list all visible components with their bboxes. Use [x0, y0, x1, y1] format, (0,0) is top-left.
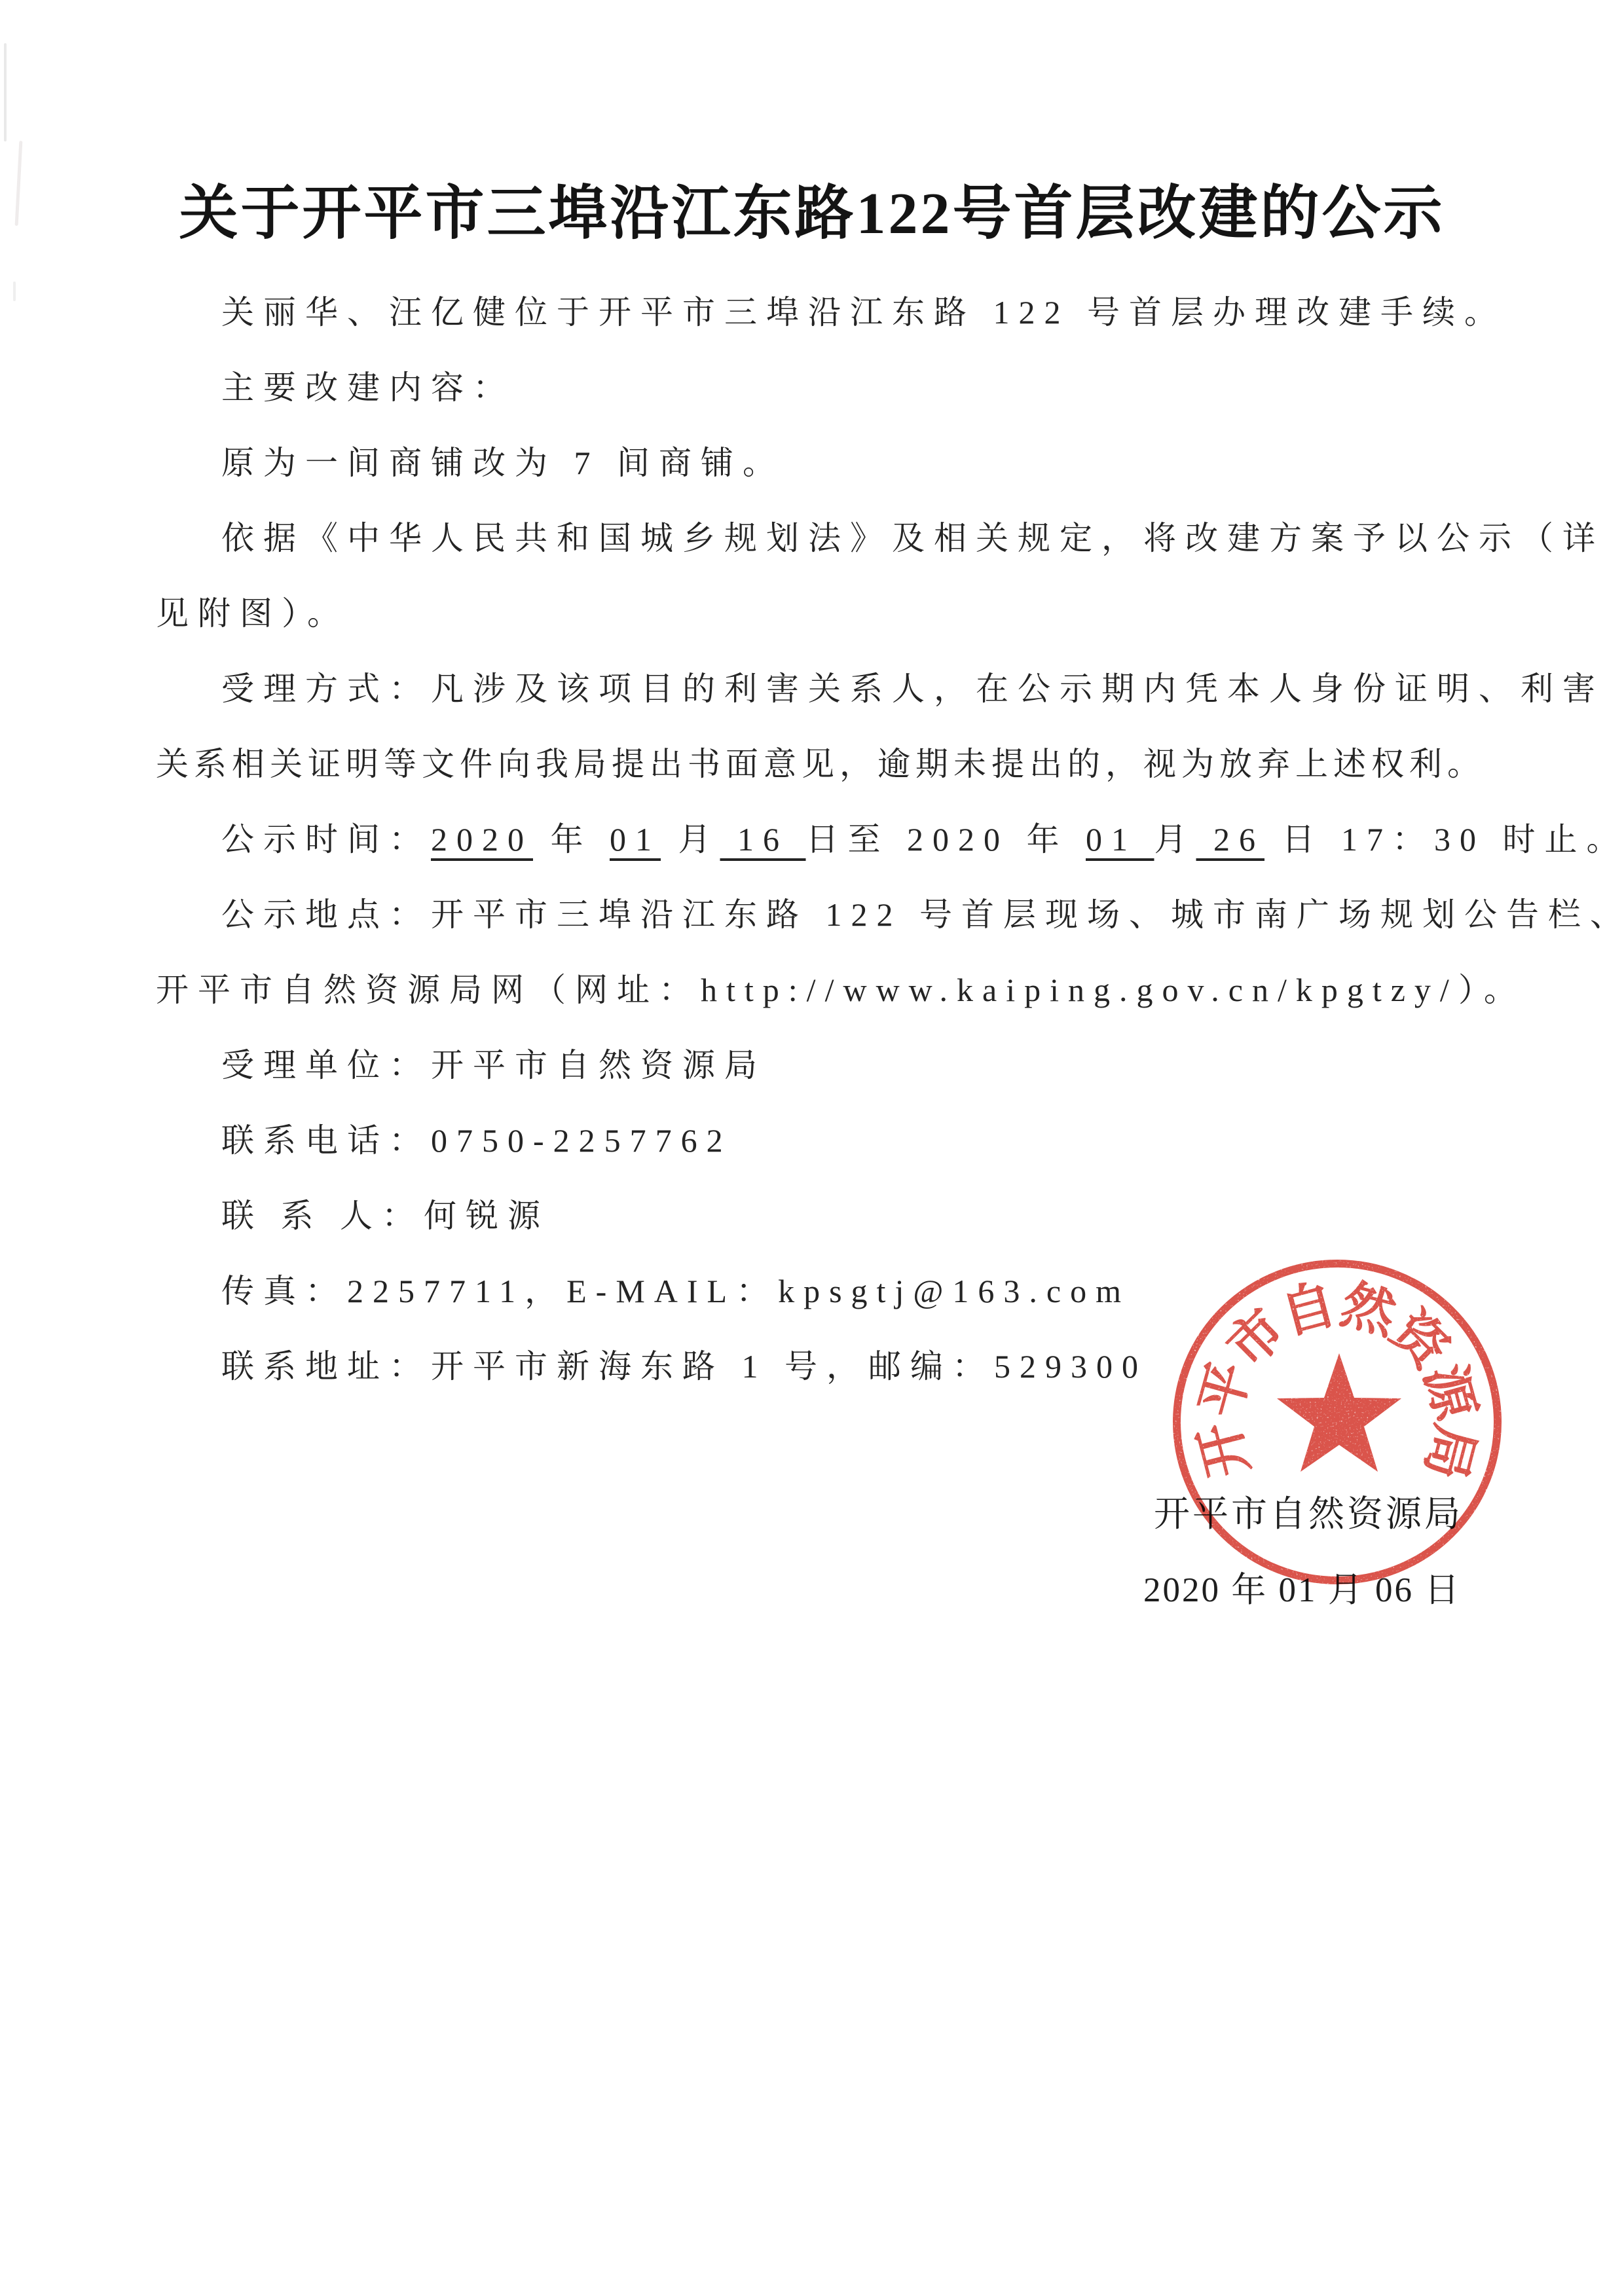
body-text: 联 系 人：何锐源: [221, 1197, 549, 1234]
page-title: 关于开平市三埠沿江东路122号首层改建的公示: [0, 165, 1624, 250]
body-line: 联 系 人：何锐源: [156, 1178, 1570, 1254]
body-line: 受理单位：开平市自然资源局: [156, 1028, 1570, 1103]
underlined-blank-value: 16: [720, 821, 806, 858]
body-line: 受理方式：凡涉及该项目的利害关系人，在公示期内凭本人身份证明、利害: [156, 651, 1570, 727]
body-text: 关丽华、汪亿健位于开平市三埠沿江东路 122 号首层办理改建手续。: [221, 294, 1506, 331]
body-text: 日 17：30 时止。: [1264, 821, 1624, 858]
body-text: 联系电话：0750-2257762: [221, 1122, 732, 1159]
body-line: 联系电话：0750-2257762: [156, 1103, 1570, 1178]
body-line: 关丽华、汪亿健位于开平市三埠沿江东路 122 号首层办理改建手续。: [156, 275, 1570, 350]
body-line: 见附图）。: [156, 576, 1570, 651]
body-text: 依据《中华人民共和国城乡规划法》及相关规定，将改建方案予以公示（详: [221, 520, 1604, 556]
underlined-blank-value: 26: [1196, 821, 1265, 858]
body-text: 公示地点：开平市三埠沿江东路 122 号首层现场、城市南广场规划公告栏、: [221, 896, 1624, 933]
body-text: 受理单位：开平市自然资源局: [221, 1047, 766, 1084]
body-line: 主要改建内容：: [156, 350, 1570, 426]
body-line: 公示地点：开平市三埠沿江东路 122 号首层现场、城市南广场规划公告栏、: [156, 877, 1570, 953]
document-body: 关丽华、汪亿健位于开平市三埠沿江东路 122 号首层办理改建手续。主要改建内容：…: [156, 275, 1570, 1404]
star-icon: [1277, 1353, 1401, 1472]
body-line: 开平市自然资源局网（网址：http://www.kaiping.gov.cn/k…: [156, 953, 1570, 1028]
body-text: 原为一间商铺改为 7 间商铺。: [221, 445, 784, 481]
body-text: 月: [1154, 821, 1196, 858]
body-text: 月: [661, 821, 720, 858]
body-text: 见附图）。: [156, 595, 349, 632]
body-line: 依据《中华人民共和国城乡规划法》及相关规定，将改建方案予以公示（详: [156, 501, 1570, 576]
body-line: 公示时间：2020 年 01 月 16 日至 2020 年 01 月 26 日 …: [156, 802, 1570, 877]
body-line: 关系相关证明等文件向我局提出书面意见，逾期未提出的，视为放弃上述权利。: [156, 727, 1570, 802]
body-text: 受理方式：凡涉及该项目的利害关系人，在公示期内凭本人身份证明、利害: [221, 670, 1604, 707]
body-text: 日至 2020 年: [806, 821, 1086, 858]
scan-artifact: [13, 282, 16, 301]
official-seal-stamp: 开平市自然资源局: [1167, 1252, 1507, 1592]
body-text: 公示时间：: [221, 821, 431, 858]
scan-artifact: [4, 43, 7, 141]
body-text: 开平市自然资源局网（网址：http://www.kaiping.gov.cn/k…: [156, 972, 1526, 1008]
body-line: 原为一间商铺改为 7 间商铺。: [156, 426, 1570, 501]
body-text: 年: [533, 821, 610, 858]
underlined-blank-value: 01: [1086, 821, 1154, 858]
underlined-blank-value: 01: [610, 821, 661, 858]
body-text: 传真：2257711，E-MAIL：kpsgtj@163.com: [221, 1273, 1130, 1309]
body-text: 主要改建内容：: [221, 369, 515, 406]
body-text: 联系地址：开平市新海东路 1 号，邮编：529300: [221, 1348, 1147, 1385]
body-text: 关系相关证明等文件向我局提出书面意见，逾期未提出的，视为放弃上述权利。: [156, 746, 1485, 782]
underlined-blank-value: 2020: [431, 821, 533, 858]
public-notice-document: 关于开平市三埠沿江东路122号首层改建的公示 关丽华、汪亿健位于开平市三埠沿江东…: [0, 0, 1624, 2296]
